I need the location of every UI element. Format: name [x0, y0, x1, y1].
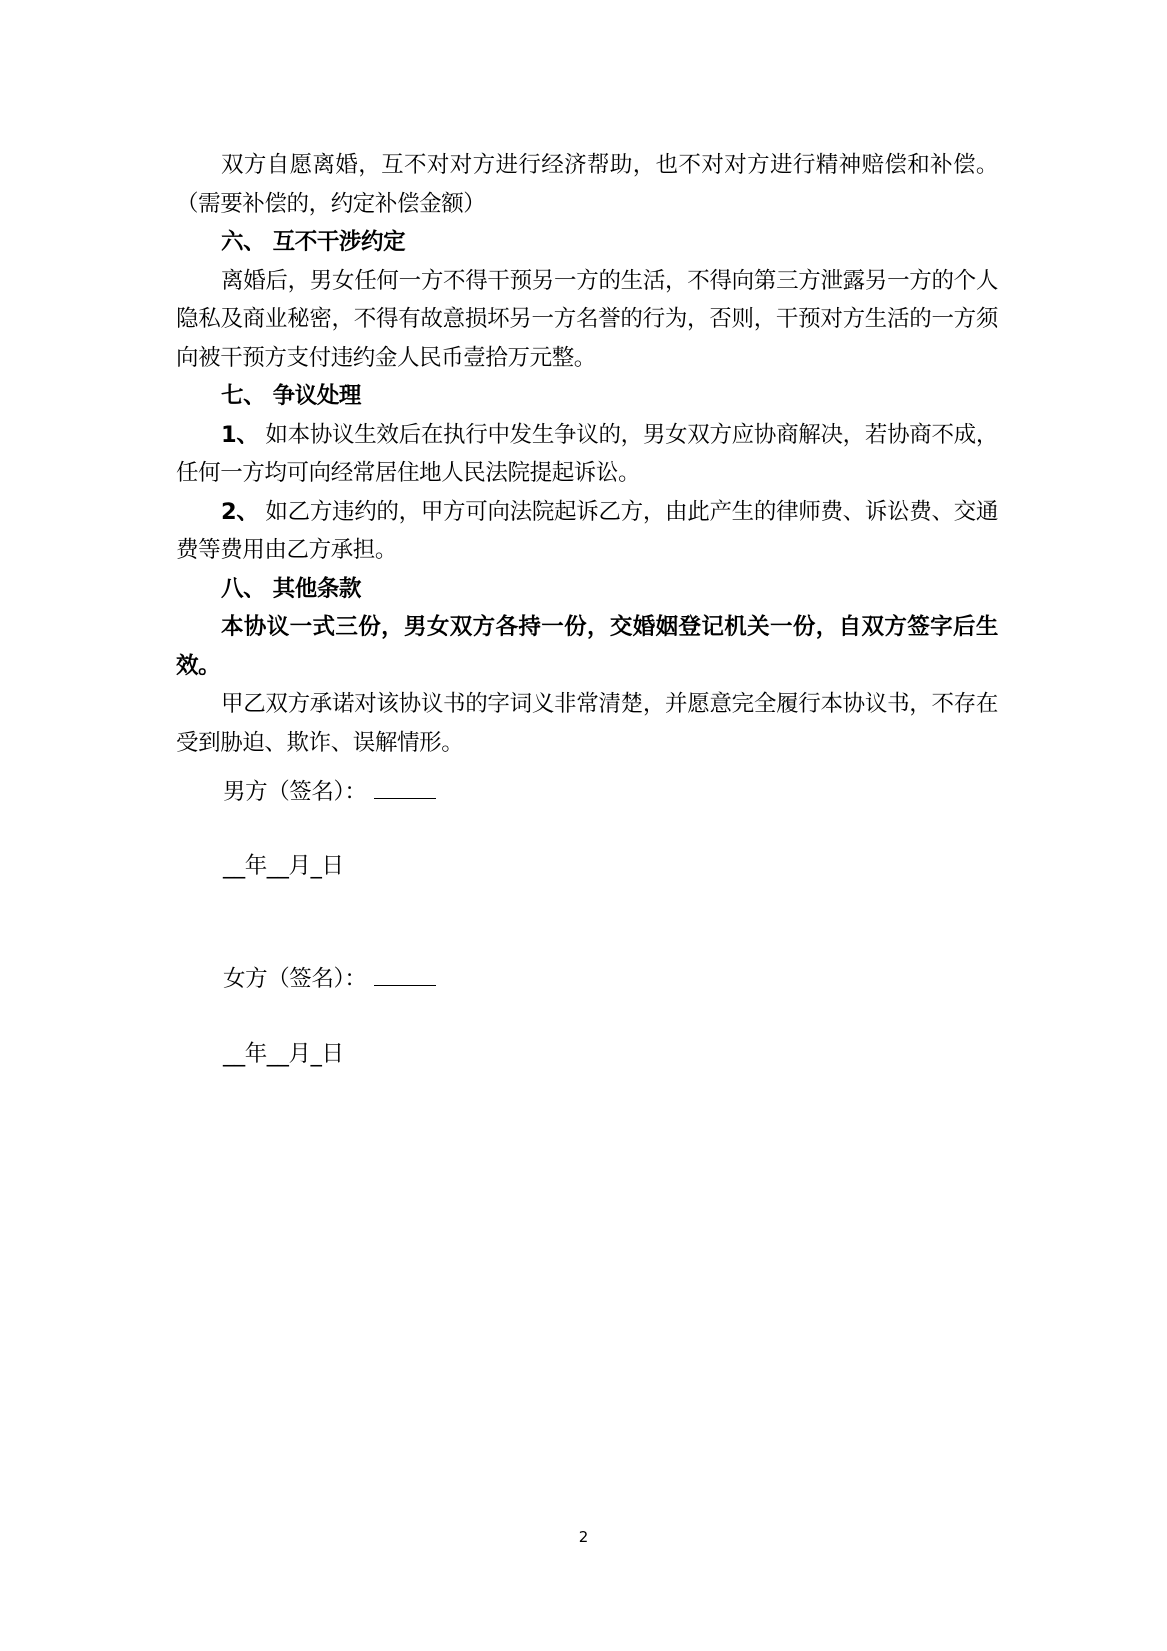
- document-body: 双方自愿离婚，互不对对方进行经济帮助，也不对对方进行精神赔偿和补偿。（需要补偿的…: [176, 146, 998, 762]
- item-text: 如乙方违约的，甲方可向法院起诉乙方，由此产生的律师费、诉讼费、交通费等费用由乙方…: [176, 499, 998, 564]
- signature-line-female: [374, 963, 436, 986]
- section-heading-non-interference: 六、 互不干涉约定: [176, 223, 998, 262]
- section-heading-dispute: 七、 争议处理: [176, 377, 998, 416]
- paragraph-dispute-1: 1、 如本协议生效后在执行中发生争议的，男女双方应协商解决，若协商不成，任何一方…: [176, 416, 998, 493]
- signature-line-male: [374, 776, 436, 799]
- item-number: 1、: [221, 422, 259, 448]
- signature-female: 女方（签名）：: [223, 963, 436, 994]
- signature-label-female: 女方（签名）：: [223, 966, 366, 992]
- document-page: 双方自愿离婚，互不对对方进行经济帮助，也不对对方进行精神赔偿和补偿。（需要补偿的…: [0, 0, 1167, 1651]
- paragraph-copies-clause: 本协议一式三份，男女双方各持一份，交婚姻登记机关一份，自双方签字后生效。: [176, 608, 998, 685]
- section-heading-other-terms: 八、 其他条款: [176, 570, 998, 609]
- date-text-male: __年__月_日: [223, 853, 344, 879]
- paragraph-dispute-2: 2、 如乙方违约的，甲方可向法院起诉乙方，由此产生的律师费、诉讼费、交通费等费用…: [176, 493, 998, 570]
- paragraph-compensation: 双方自愿离婚，互不对对方进行经济帮助，也不对对方进行精神赔偿和补偿。（需要补偿的…: [176, 146, 998, 223]
- signature-male: 男方（签名）：: [223, 776, 436, 807]
- item-text: 如本协议生效后在执行中发生争议的，男女双方应协商解决，若协商不成，任何一方均可向…: [176, 422, 998, 487]
- paragraph-commitment: 甲乙双方承诺对该协议书的字词义非常清楚，并愿意完全履行本协议书，不存在受到胁迫、…: [176, 685, 998, 762]
- page-number: 2: [0, 1528, 1167, 1546]
- date-text-female: __年__月_日: [223, 1041, 344, 1067]
- date-female: __年__月_日: [223, 1039, 344, 1069]
- item-number: 2、: [221, 499, 259, 525]
- date-male: __年__月_日: [223, 851, 344, 881]
- signature-label-male: 男方（签名）：: [223, 779, 366, 805]
- paragraph-non-interference: 离婚后，男女任何一方不得干预另一方的生活，不得向第三方泄露另一方的个人隐私及商业…: [176, 262, 998, 378]
